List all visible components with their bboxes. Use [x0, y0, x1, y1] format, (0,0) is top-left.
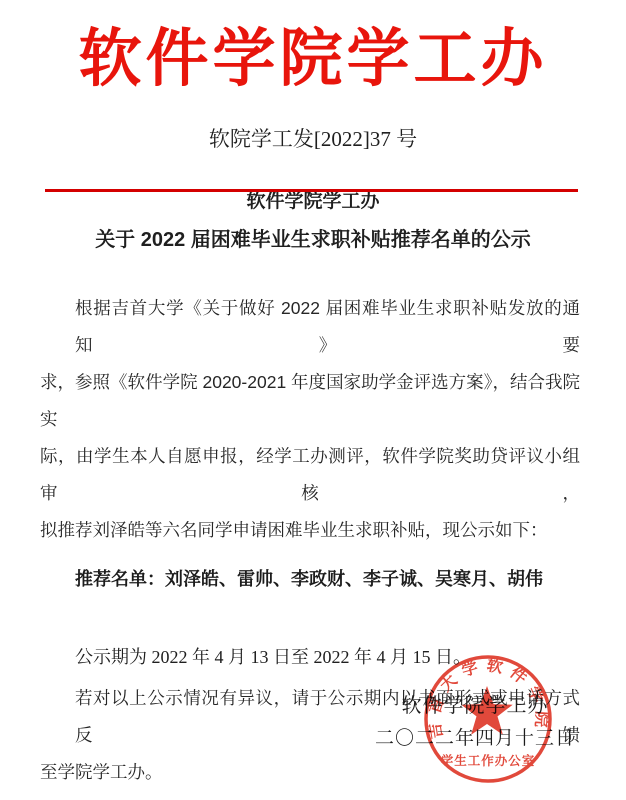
paragraph-line: 求，参照《软件学院 2020-2021 年度国家助学金评选方案》，结合我院实	[40, 364, 580, 438]
paragraph-line: 根据吉首大学《关于做好 2022 届困难毕业生求职补贴发放的通知》要	[40, 290, 580, 364]
doc-heading-office: 软件学院学工办	[0, 189, 626, 214]
document-page: 软件学院学工办 软院学工发[2022]37 号 软件学院学工办 关于 2022 …	[0, 0, 626, 800]
signature-block: 软件学院学工办 二〇二二年四月十三日	[360, 694, 590, 751]
recommend-list-line: 推荐名单：刘泽皓、雷帅、李政财、李子诚、吴寒月、胡伟	[40, 566, 580, 592]
red-divider-rule	[45, 189, 578, 192]
doc-heading-subject: 关于 2022 届困难毕业生求职补贴推荐名单的公示	[0, 226, 626, 254]
paragraph-line: 至学院学工办。	[40, 754, 580, 791]
signature-date: 二〇二二年四月十三日	[360, 727, 590, 751]
red-header-title: 软件学院学工办	[0, 0, 626, 102]
paragraph-line: 拟推荐刘泽皓等六名同学申请困难毕业生求职补贴，现公示如下：	[40, 512, 580, 549]
publicity-period-line: 公示期为 2022 年 4 月 13 日至 2022 年 4 月 15 日。	[40, 644, 580, 670]
doc-number: 软院学工发[2022]37 号	[0, 126, 626, 152]
signature-org: 软件学院学工办	[360, 694, 590, 718]
paragraph-line: 际，由学生本人自愿申报，经学工办测评，软件学院奖助贷评议小组审核，	[40, 438, 580, 512]
